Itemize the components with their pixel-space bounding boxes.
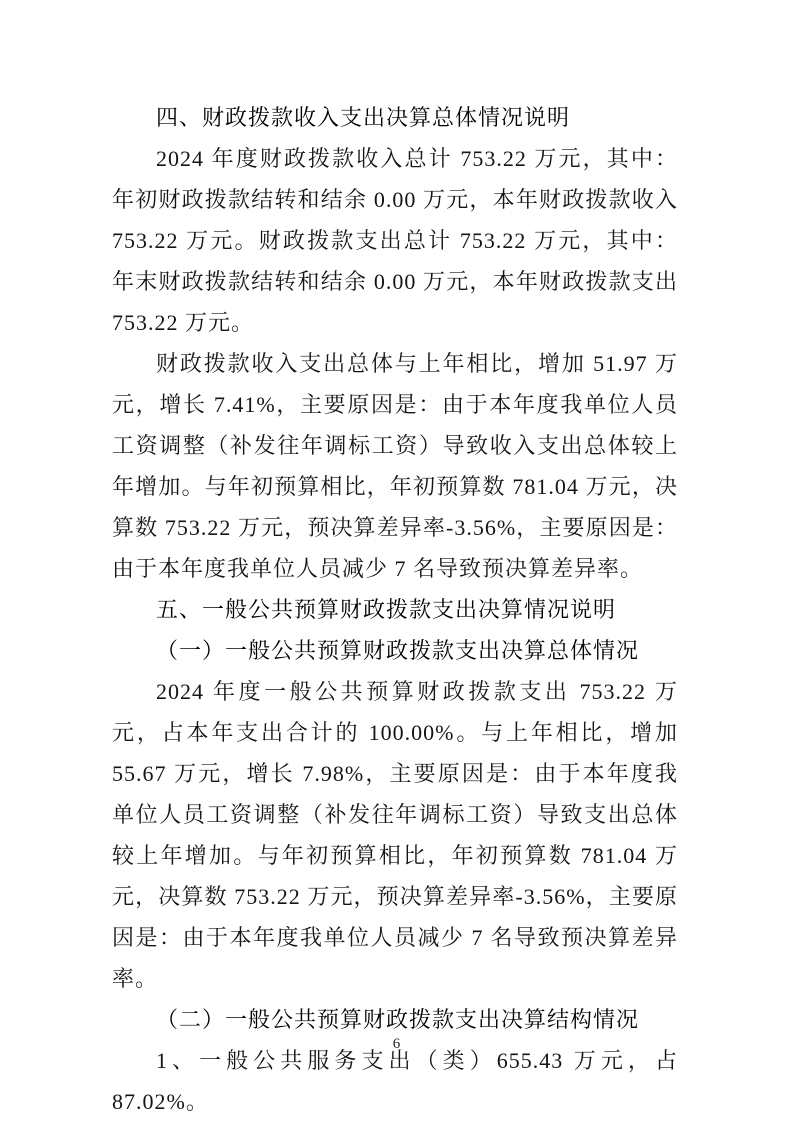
section-heading-fiscal-appropriation-overview: 四、财政拨款收入支出决算总体情况说明 bbox=[112, 97, 678, 138]
section-heading-general-public-budget-expenditure: 五、一般公共预算财政拨款支出决算情况说明 bbox=[112, 589, 678, 630]
body-paragraph-yearly-comparison: 财政拨款收入支出总体与上年相比，增加 51.97 万元，增长 7.41%，主要原… bbox=[112, 343, 678, 589]
document-body: 四、财政拨款收入支出决算总体情况说明 2024 年度财政拨款收入总计 753.2… bbox=[112, 97, 678, 1122]
body-paragraph-expenditure-overall: 2024 年度一般公共预算财政拨款支出 753.22 万元，占本年支出合计的 1… bbox=[112, 671, 678, 999]
page-number: 6 bbox=[0, 1034, 793, 1054]
body-paragraph-fiscal-totals: 2024 年度财政拨款收入总计 753.22 万元，其中：年初财政拨款结转和结余… bbox=[112, 138, 678, 343]
document-page: 四、财政拨款收入支出决算总体情况说明 2024 年度财政拨款收入总计 753.2… bbox=[0, 0, 793, 1122]
subsection-heading-expenditure-overall: （一）一般公共预算财政拨款支出决算总体情况 bbox=[112, 630, 678, 671]
